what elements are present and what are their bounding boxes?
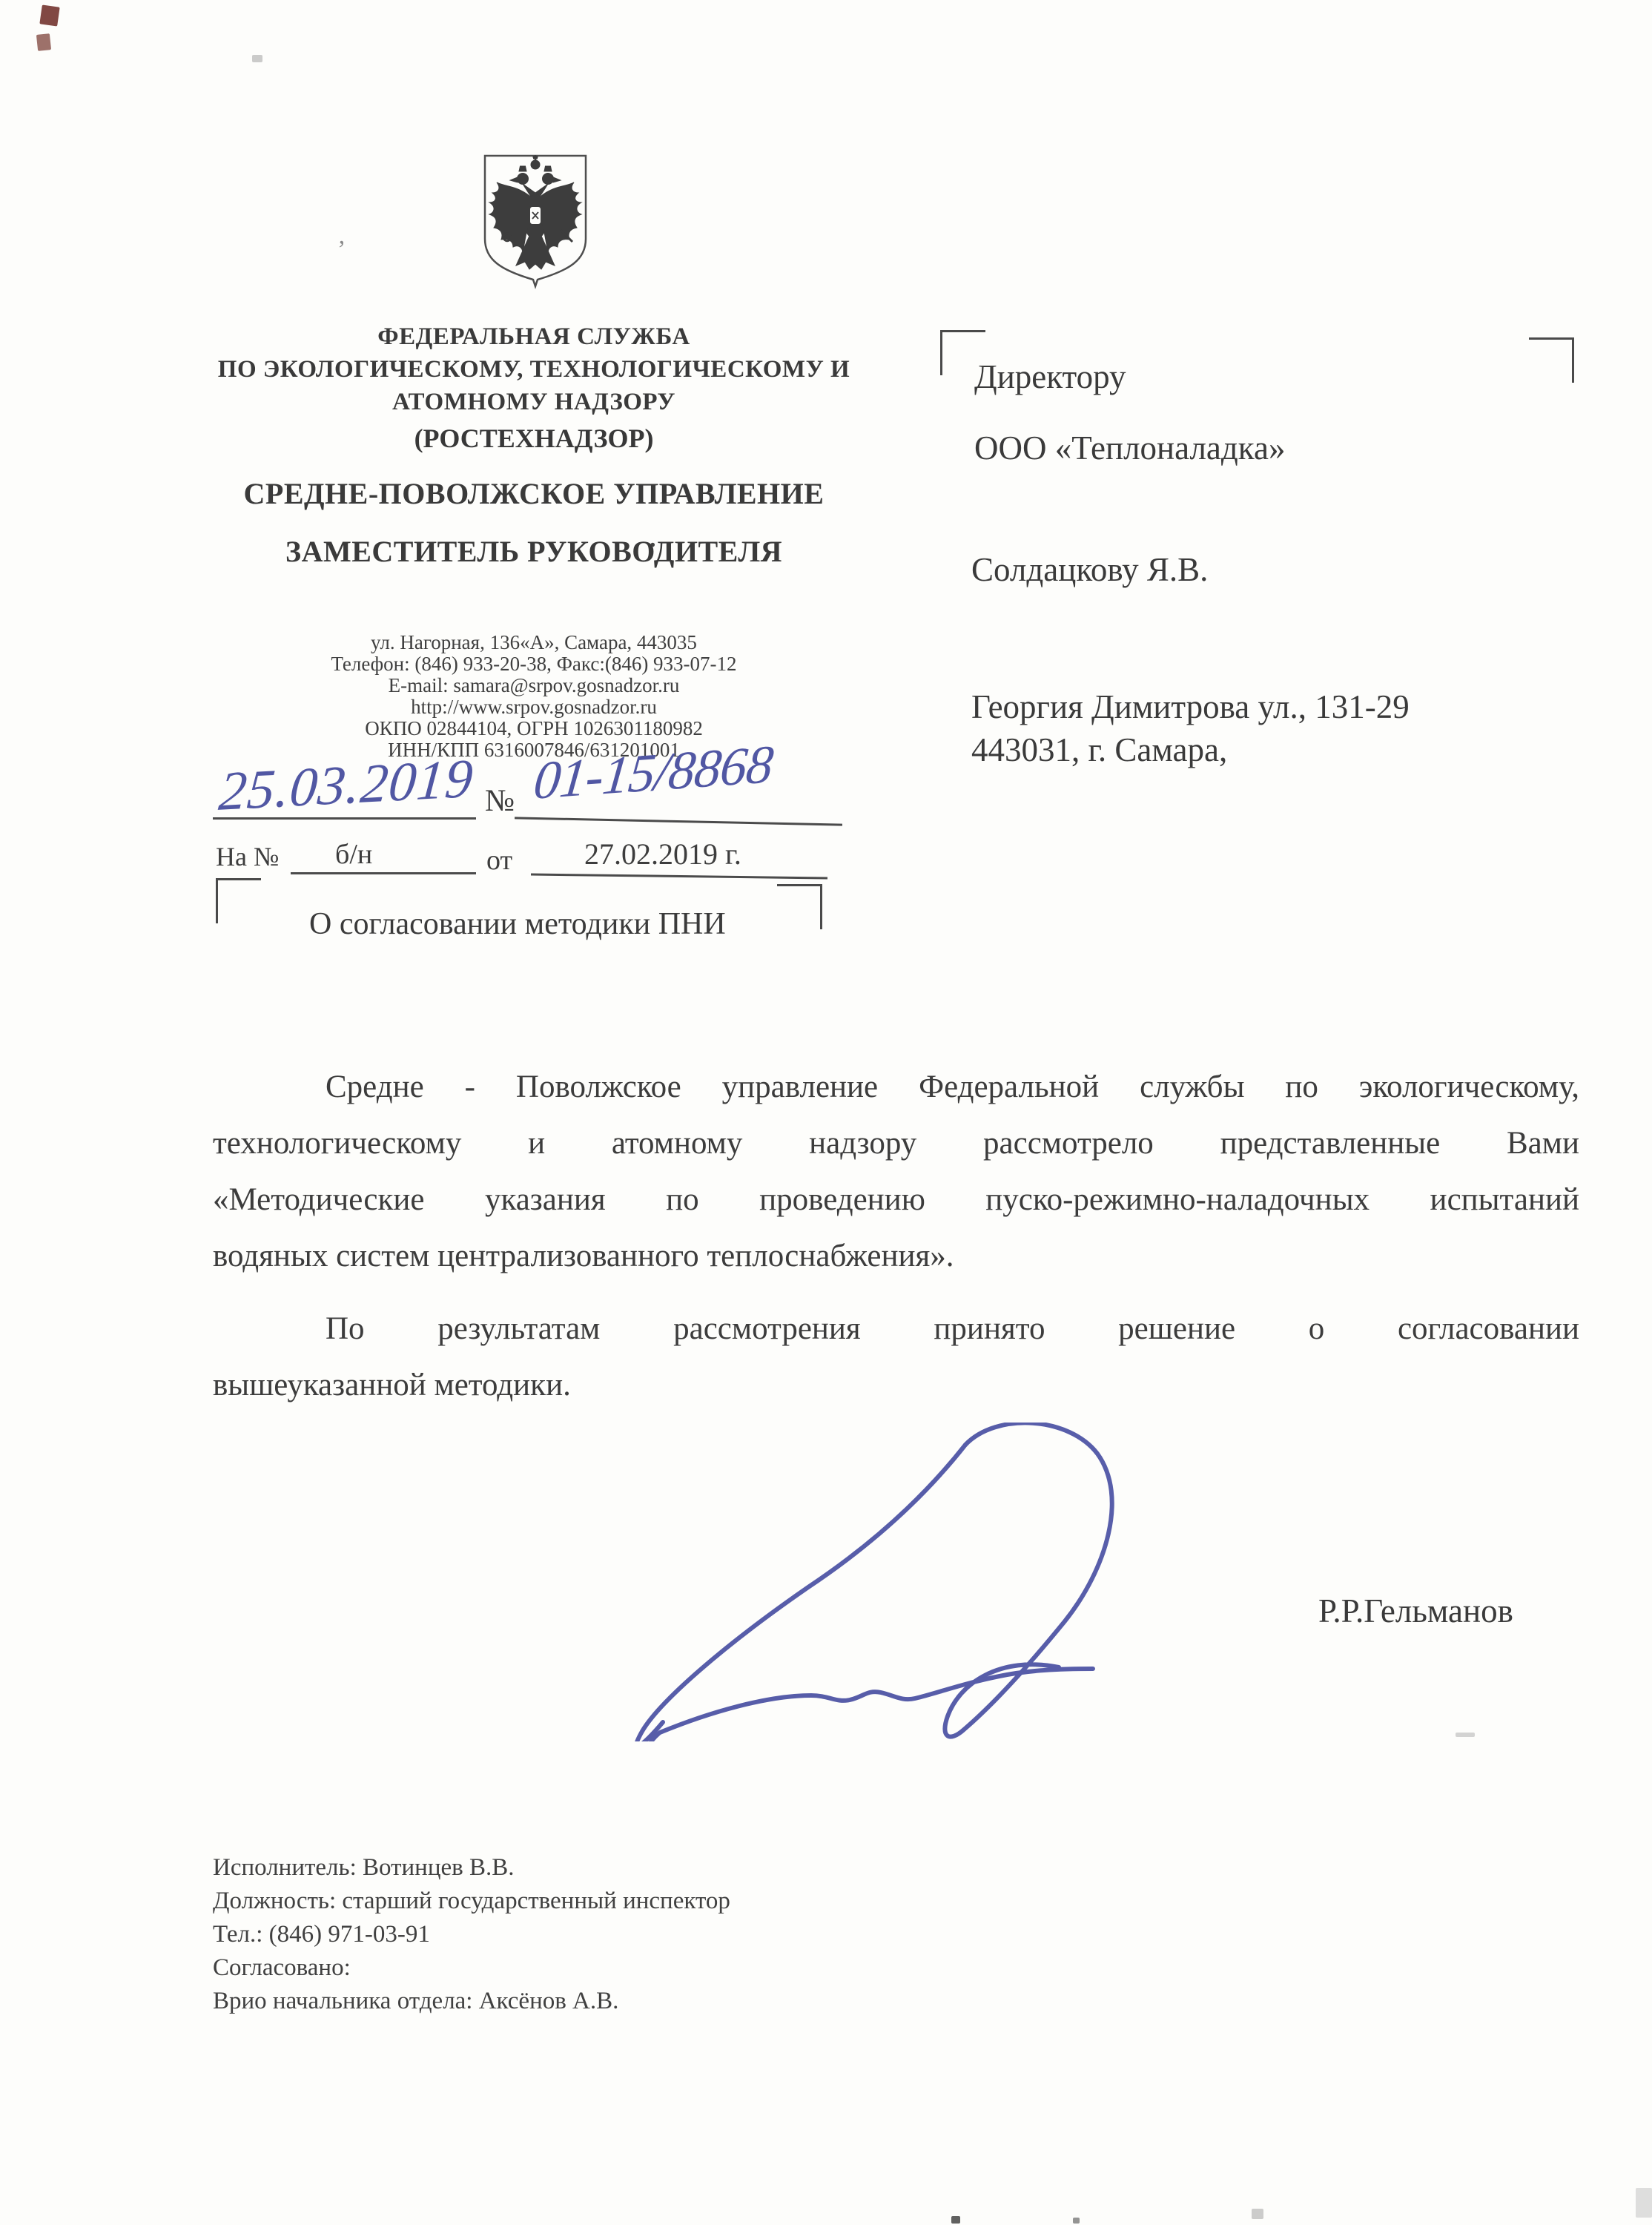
reply-number-underline — [291, 872, 476, 874]
date-underline — [213, 817, 476, 820]
scan-artifact — [36, 33, 51, 51]
letterhead-org-block: ФЕДЕРАЛЬНАЯ СЛУЖБА ПО ЭКОЛОГИЧЕСКОМУ, ТЕ… — [215, 320, 853, 454]
footer-block: Исполнитель: Вотинцев В.В. Должность: ст… — [213, 1851, 730, 2018]
scanned-letter-page: ’ — [0, 0, 1652, 2225]
handwritten-date: 25.03.2019 — [217, 748, 476, 824]
signer-title: ЗАМЕСТИТЕЛЬ РУКОВОДИТЕЛЯ — [215, 534, 853, 569]
org-short-name: (РОСТЕХНАДЗОР) — [215, 423, 853, 454]
body-line: По результатам рассмотрения принято реше… — [213, 1301, 1579, 1357]
subject-line: О согласовании методики ПНИ — [309, 906, 726, 942]
email: E-mail: samara@srpov.gosnadzor.ru — [215, 675, 853, 696]
phone-fax: Телефон: (846) 933-20-38, Факс:(846) 933… — [215, 653, 853, 675]
recipient-address: Георгия Димитрова ул., 131-29 443031, г.… — [971, 685, 1410, 771]
recipient-name: Солдацкову Я.В. — [971, 550, 1208, 589]
scan-artifact — [39, 4, 59, 26]
body-line: «Методические указания по проведению пус… — [213, 1172, 1579, 1228]
signer-name: Р.Р.Гельманов — [1318, 1592, 1513, 1630]
executor: Исполнитель: Вотинцев В.В. — [213, 1851, 730, 1885]
number-sign: № — [485, 783, 515, 819]
website: http://www.srpov.gosnadzor.ru — [215, 696, 853, 718]
body-line: вышеуказанной методики. — [213, 1357, 1579, 1414]
recipient-city: 443031, г. Самара, — [971, 728, 1410, 771]
letter-body: Средне - Поволжское управление Федеральн… — [213, 1059, 1579, 1414]
street-address: ул. Нагорная, 136«А», Самара, 443035 — [215, 632, 853, 653]
handwritten-signature — [614, 1423, 1266, 1741]
reply-to-label: На № — [216, 841, 279, 872]
org-name-line3: АТОМНОМУ НАДЗОРУ — [215, 386, 853, 418]
executor-phone: Тел.: (846) 971-03-91 — [213, 1918, 730, 1951]
scan-artifact — [951, 2216, 960, 2224]
corner-mark — [777, 884, 822, 929]
scan-artifact — [1073, 2218, 1080, 2224]
body-line: Средне - Поволжское управление Федеральн… — [213, 1059, 1579, 1115]
recipient-company: ООО «Теплоналадка» — [974, 429, 1285, 467]
body-line: водяных систем централизованного теплосн… — [213, 1228, 1579, 1285]
scan-artifact — [1252, 2209, 1263, 2219]
recipient-street: Георгия Димитрова ул., 131-29 — [971, 685, 1410, 728]
reply-number: б/н — [335, 838, 372, 871]
number-underline — [515, 817, 842, 825]
executor-position: Должность: старший государственный инспе… — [213, 1885, 730, 1918]
corner-mark — [1529, 337, 1574, 383]
corner-mark — [216, 878, 261, 923]
scan-artifact — [1636, 2188, 1652, 2218]
reply-from-label: от — [486, 844, 512, 877]
reply-date-underline — [531, 874, 827, 880]
scan-artifact — [1456, 1733, 1475, 1737]
agreed-label: Согласовано: — [213, 1951, 730, 1985]
org-name-line1: ФЕДЕРАЛЬНАЯ СЛУЖБА — [215, 320, 853, 353]
scan-artifact — [252, 55, 262, 62]
recipient-position: Директору — [974, 357, 1126, 396]
approved-by: Врио начальника отдела: Аксёнов А.В. — [213, 1985, 730, 2018]
reply-date: 27.02.2019 г. — [584, 837, 741, 871]
body-line: технологическому и атомному надзору расс… — [213, 1115, 1579, 1172]
russia-coat-of-arms-icon — [476, 148, 595, 291]
org-name-line2: ПО ЭКОЛОГИЧЕСКОМУ, ТЕХНОЛОГИЧЕСКОМУ И — [215, 353, 853, 386]
scan-artifact: ’ — [337, 236, 346, 264]
division-name: СРЕДНЕ-ПОВОЛЖСКОЕ УПРАВЛЕНИЕ — [215, 476, 853, 511]
